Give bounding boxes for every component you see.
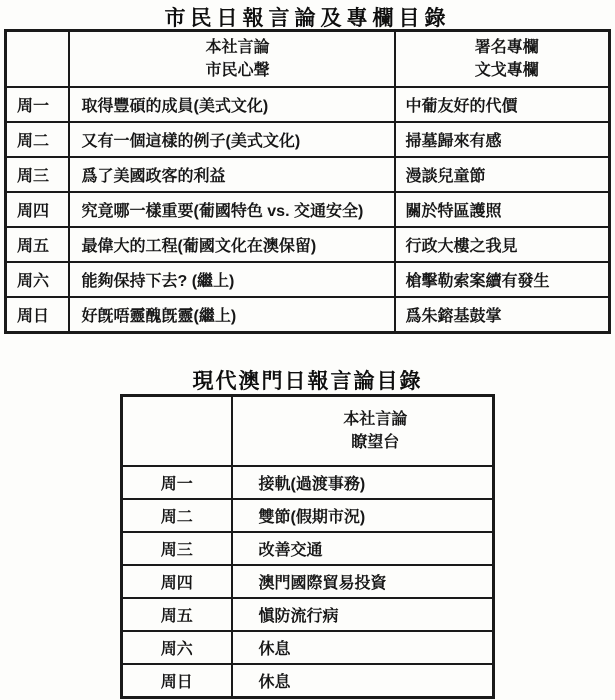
day-cell: 周六 bbox=[122, 631, 232, 664]
table-header-row: 本社言論 市民心聲 署名專欄 文戈專欄 bbox=[6, 31, 610, 88]
table-row: 周三 爲了美國政客的利益 漫談兒童節 bbox=[6, 157, 610, 192]
day-cell: 周五 bbox=[6, 227, 69, 262]
signed-header-line2: 文戈專欄 bbox=[406, 59, 609, 82]
editorial-header-line2: 市民心聲 bbox=[82, 59, 394, 82]
editorial-cell: 究竟哪一樣重要(葡國特色 vs. 交通安全) bbox=[69, 192, 395, 227]
day-cell: 周日 bbox=[6, 297, 69, 333]
editorial-cell: 休息 bbox=[232, 631, 494, 664]
editorial-cell: 休息 bbox=[232, 664, 494, 698]
modern-macau-table-title: 現代澳門日報言論目錄 bbox=[0, 365, 615, 395]
signed-header-line1: 署名專欄 bbox=[406, 36, 609, 59]
day-cell: 周日 bbox=[122, 664, 232, 698]
table-row: 周五 最偉大的工程(葡國文化在澳保留) 行政大樓之我見 bbox=[6, 227, 610, 262]
editorial-cell: 取得豐碩的成員(美式文化) bbox=[69, 87, 395, 122]
table-row: 周一 接軌(過渡事務) bbox=[122, 466, 494, 499]
signed-column-cell: 掃墓歸來有感 bbox=[395, 122, 610, 157]
signed-column-cell: 關於特區護照 bbox=[395, 192, 610, 227]
signed-column-cell: 中葡友好的代價 bbox=[395, 87, 610, 122]
citizen-daily-table-title: 市民日報言論及專欄目錄 bbox=[0, 2, 615, 32]
editorial-cell: 爲了美國政客的利益 bbox=[69, 157, 395, 192]
editorial-cell: 最偉大的工程(葡國文化在澳保留) bbox=[69, 227, 395, 262]
signed-column-cell: 爲朱鎔基鼓掌 bbox=[395, 297, 610, 333]
day-cell: 周六 bbox=[6, 262, 69, 297]
editorial-cell: 好旣唔靈醜旣靈(繼上) bbox=[69, 297, 395, 333]
editorial-cell: 雙節(假期市況) bbox=[232, 499, 494, 532]
table-row: 周五 愼防流行病 bbox=[122, 598, 494, 631]
day-cell: 周一 bbox=[6, 87, 69, 122]
signed-column-cell: 行政大樓之我見 bbox=[395, 227, 610, 262]
editorial-cell: 接軌(過渡事務) bbox=[232, 466, 494, 499]
editorial-cell: 澳門國際貿易投資 bbox=[232, 565, 494, 598]
day-cell: 周三 bbox=[122, 532, 232, 565]
table-row: 周日 好旣唔靈醜旣靈(繼上) 爲朱鎔基鼓掌 bbox=[6, 297, 610, 333]
table-row: 周日 休息 bbox=[122, 664, 494, 698]
day-header-cell bbox=[6, 31, 69, 88]
table-row: 周二 又有一個這樣的例子(美式文化) 掃墓歸來有感 bbox=[6, 122, 610, 157]
editorial-header-line1: 本社言論 bbox=[259, 408, 493, 431]
editorial-cell: 愼防流行病 bbox=[232, 598, 494, 631]
signed-column-header-cell: 署名專欄 文戈專欄 bbox=[395, 31, 610, 88]
day-cell: 周二 bbox=[122, 499, 232, 532]
editorial-header-line1: 本社言論 bbox=[82, 36, 394, 59]
table-row: 周二 雙節(假期市況) bbox=[122, 499, 494, 532]
table-row: 周六 休息 bbox=[122, 631, 494, 664]
table-row: 周四 澳門國際貿易投資 bbox=[122, 565, 494, 598]
day-cell: 周三 bbox=[6, 157, 69, 192]
table-row: 周三 改善交通 bbox=[122, 532, 494, 565]
table-row: 周六 能夠保持下去? (繼上) 槍擊勒索案續有發生 bbox=[6, 262, 610, 297]
day-cell: 周四 bbox=[122, 565, 232, 598]
day-cell: 周一 bbox=[122, 466, 232, 499]
editorial-header-cell: 本社言論 瞭望台 bbox=[232, 396, 494, 467]
table-row: 周一 取得豐碩的成員(美式文化) 中葡友好的代價 bbox=[6, 87, 610, 122]
day-cell: 周五 bbox=[122, 598, 232, 631]
day-cell: 周二 bbox=[6, 122, 69, 157]
signed-column-cell: 槍擊勒索案續有發生 bbox=[395, 262, 610, 297]
table-row: 周四 究竟哪一樣重要(葡國特色 vs. 交通安全) 關於特區護照 bbox=[6, 192, 610, 227]
signed-column-cell: 漫談兒童節 bbox=[395, 157, 610, 192]
editorial-cell: 能夠保持下去? (繼上) bbox=[69, 262, 395, 297]
editorial-cell: 改善交通 bbox=[232, 532, 494, 565]
day-cell: 周四 bbox=[6, 192, 69, 227]
table-header-row: 本社言論 瞭望台 bbox=[122, 396, 494, 467]
day-header-cell bbox=[122, 396, 232, 467]
citizen-daily-table: 本社言論 市民心聲 署名專欄 文戈專欄 周一 取得豐碩的成員(美式文化) 中葡友… bbox=[4, 29, 611, 334]
editorial-cell: 又有一個這樣的例子(美式文化) bbox=[69, 122, 395, 157]
modern-macau-table: 本社言論 瞭望台 周一 接軌(過渡事務) 周二 雙節(假期市況) 周三 改善交通… bbox=[120, 394, 495, 699]
editorial-header-cell: 本社言論 市民心聲 bbox=[69, 31, 395, 88]
editorial-header-line2: 瞭望台 bbox=[259, 431, 493, 454]
